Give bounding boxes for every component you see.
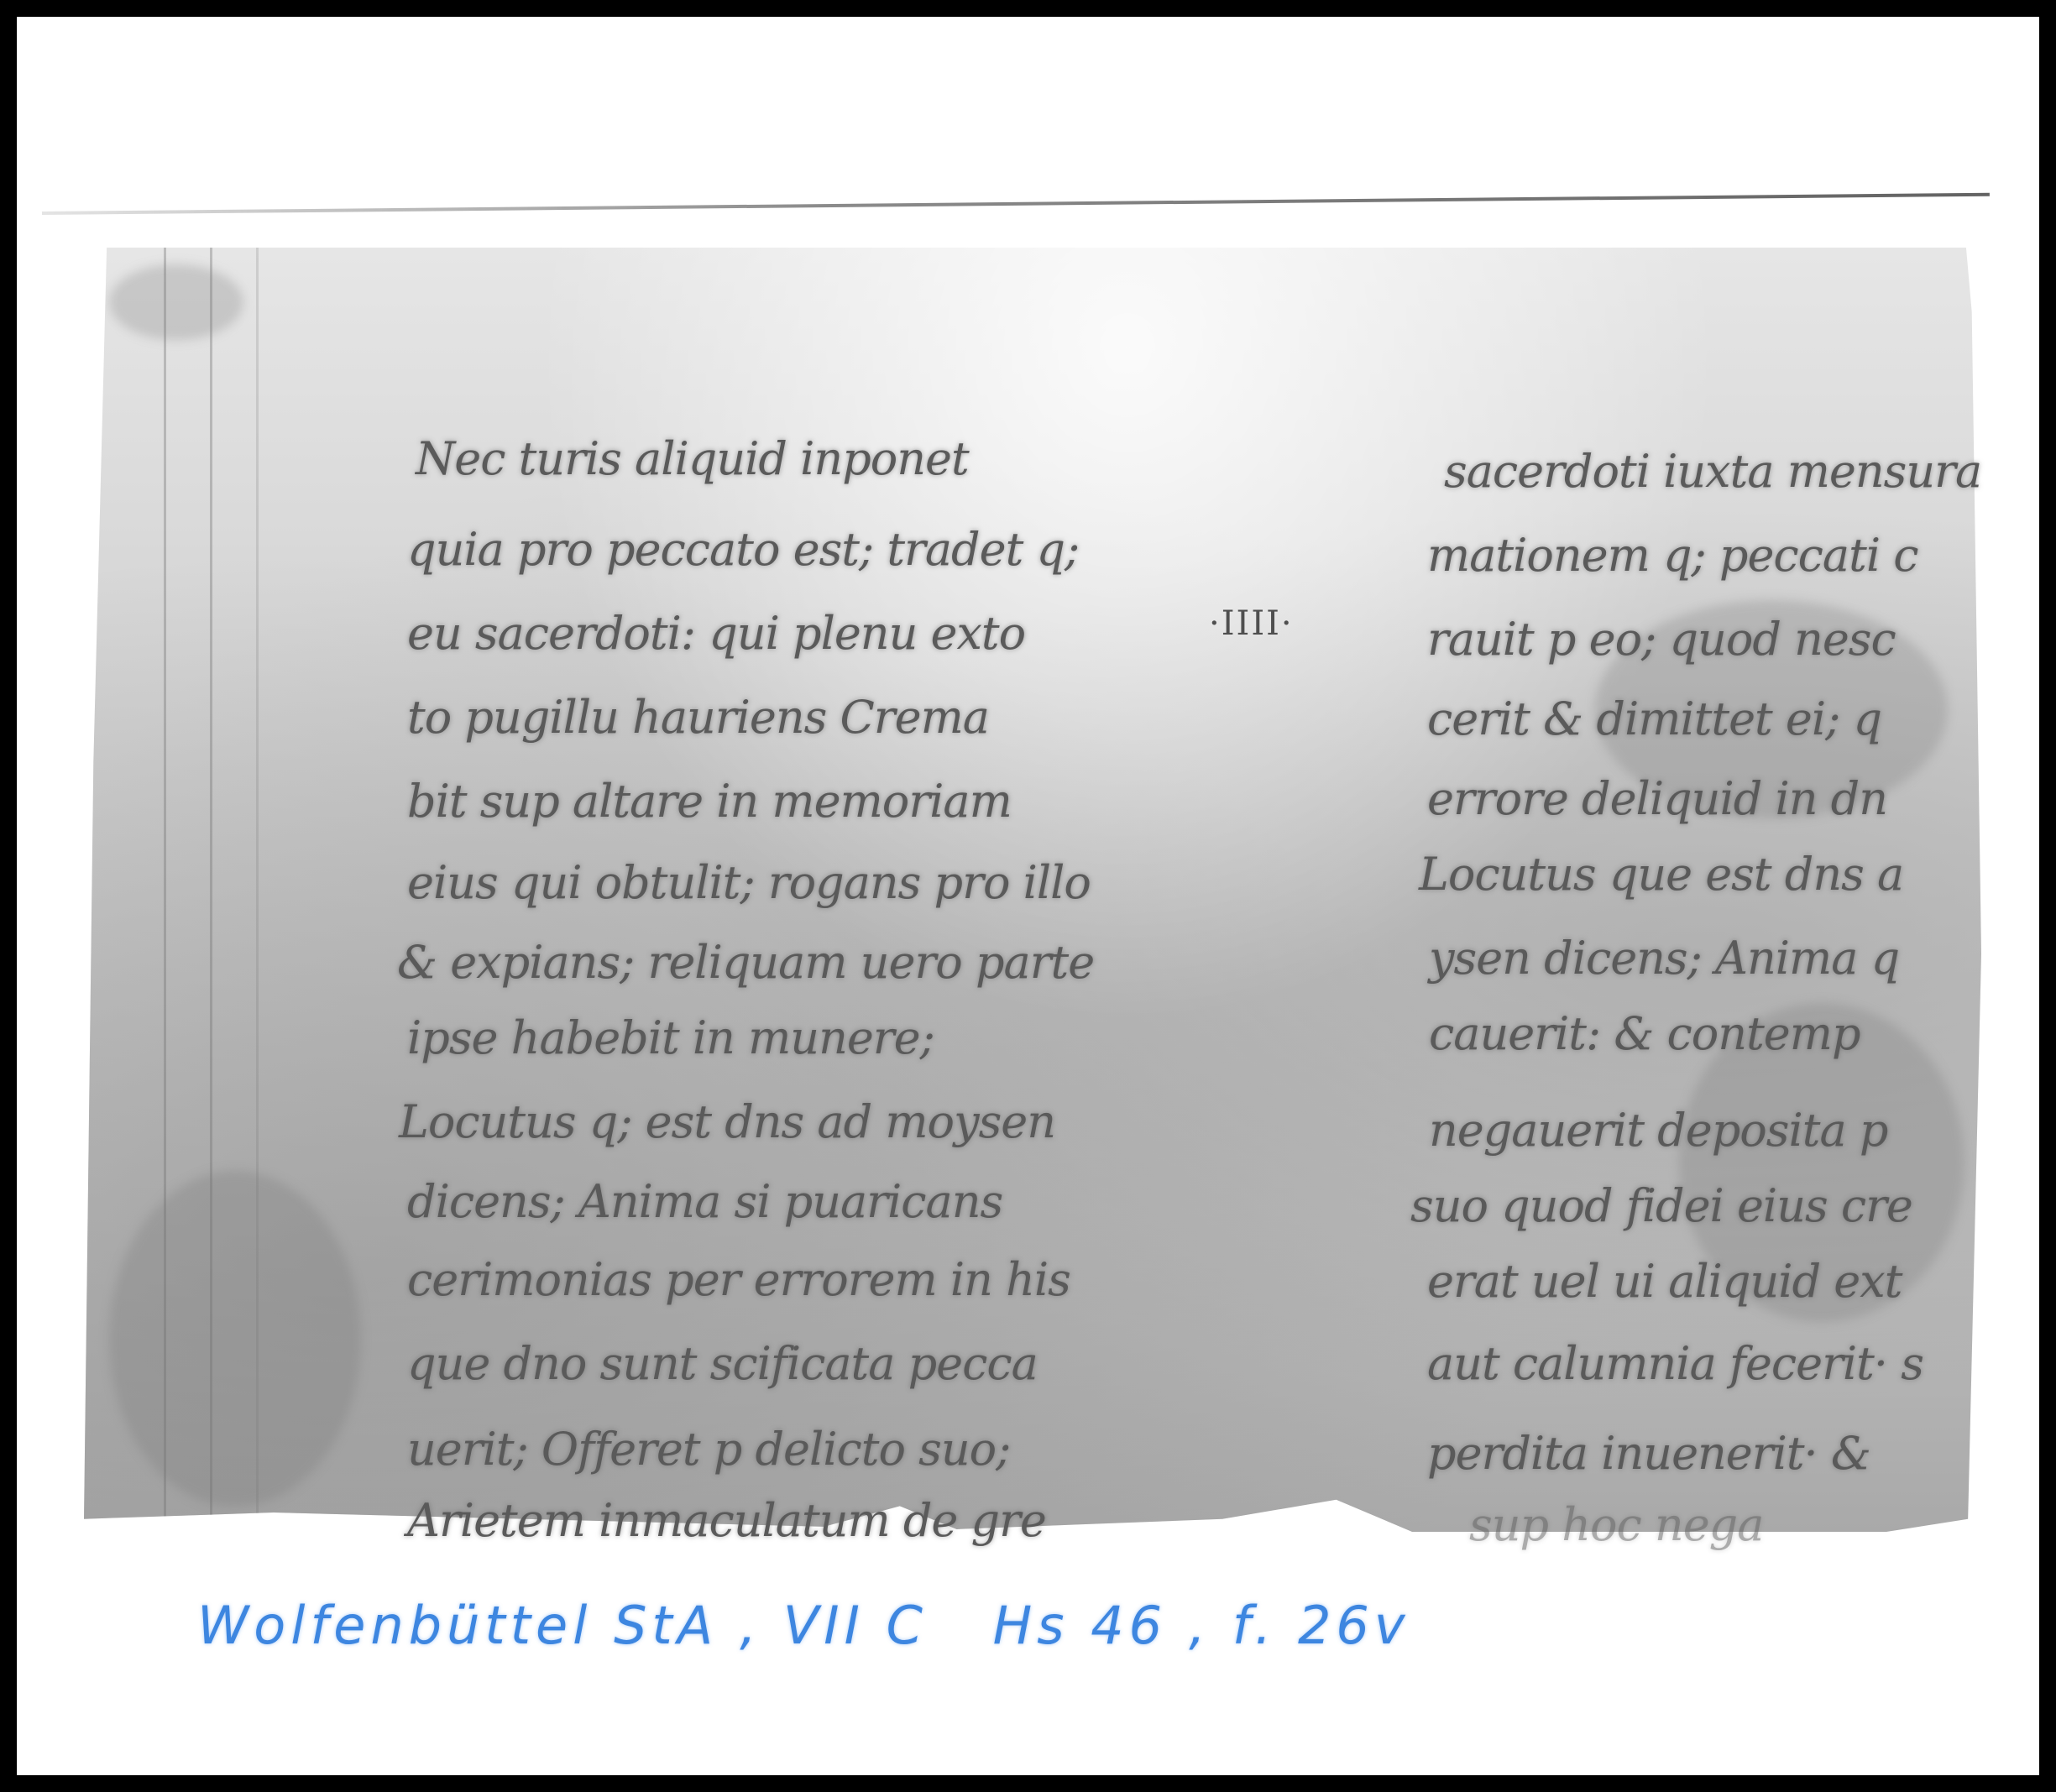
manuscript-line: errore deliquid in dn [1427,776,1887,822]
manuscript-line: aut calumnia fecerit· s [1427,1341,1923,1387]
manuscript-line: eius qui obtulit; rogans pro illo [407,860,1091,906]
manuscript-line: rauit p eo; quod nesc [1427,617,1896,662]
manuscript-line: negauerit deposita p [1429,1108,1887,1153]
manuscript-line: Locutus q; est dns ad moysen [399,1100,1055,1145]
photo-frame: Nec turis aliquid inponet quia pro pecca… [17,17,2039,1775]
manuscript-line: que dno sunt scificata pecca [407,1341,1038,1387]
mount-edge-line [42,193,1990,215]
manuscript-line: bit sup altare in memoriam [407,779,1012,824]
manuscript-line: uerit; Offeret p delicto suo; [407,1427,1010,1472]
caption-folio: f. 26v [1232,1595,1410,1656]
manuscript-line: ipse habebit in munere; [407,1016,934,1061]
manuscript-line: Locutus que est dns a [1419,852,1903,897]
manuscript-line: sup hoc nega [1469,1502,1763,1548]
manuscript-line: sacerdoti iuxta mensura [1444,449,1981,494]
manuscript-line: quia pro peccato est; tradet q; [407,527,1079,572]
manuscript-line: cerimonias per errorem in his [407,1257,1070,1303]
manuscript-line: eu sacerdoti: qui plenu exto [407,611,1025,656]
manuscript-line: Nec turis aliquid inponet [416,436,969,482]
section-marker: ·IIII· [1209,604,1294,643]
manuscript-line: perdita inuenerit· & [1427,1431,1870,1476]
stain [109,1171,361,1507]
caption-collection: VII C [783,1595,928,1656]
caption-archive: Wolfenbüttel StA [197,1595,718,1656]
manuscript-line: dicens; Anima si puaricans [407,1179,1002,1225]
manuscript-line: cauerit: & contemp [1429,1011,1860,1057]
manuscript-line: cerit & dimittet ei; q [1427,697,1881,742]
stain [109,264,243,340]
manuscript-line: mationem q; peccati c [1427,533,1918,578]
archive-caption: Wolfenbüttel StA,VII C Hs 46,f. 26v [197,1595,1410,1656]
manuscript-line: & expians; reliquam uero parte [397,940,1094,985]
manuscript-line: to pugillu hauriens Crema [407,695,989,740]
manuscript-line: suo quod fidei eius cre [1410,1183,1912,1229]
manuscript-line: erat uel ui aliquid ext [1427,1259,1902,1304]
manuscript-line: ysen dicens; Anima q [1429,936,1899,981]
manuscript-line: Arietem inmaculatum de gre [407,1498,1046,1544]
caption-shelfmark: Hs 46 [993,1595,1168,1656]
